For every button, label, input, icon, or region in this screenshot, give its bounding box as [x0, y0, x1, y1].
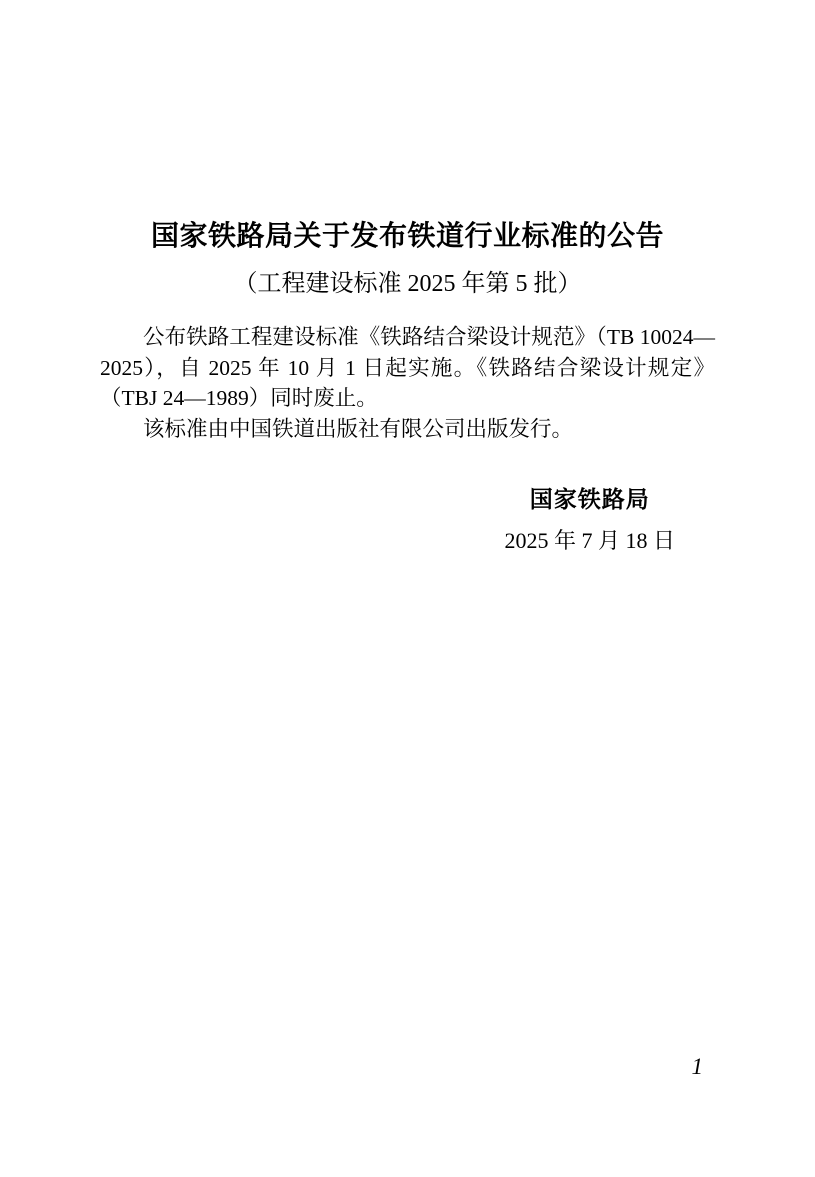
announcement-body: 公布铁路工程建设标准《铁路结合梁设计规范》（TB 10024—2025），自 2… — [0, 322, 815, 444]
page-number: 1 — [692, 1055, 704, 1078]
issue-date: 2025 年 7 月 18 日 — [504, 530, 675, 552]
page-subtitle: （工程建设标准 2025 年第 5 批） — [0, 272, 815, 296]
body-paragraph-2: 该标准由中国铁道出版社有限公司出版发行。 — [100, 414, 715, 445]
signature-block: 国家铁路局 2025 年 7 月 18 日 — [504, 488, 675, 552]
document-page: 国家铁路局关于发布铁道行业标准的公告 （工程建设标准 2025 年第 5 批） … — [0, 0, 815, 1177]
body-paragraph-1: 公布铁路工程建设标准《铁路结合梁设计规范》（TB 10024—2025），自 2… — [100, 322, 715, 414]
page-title: 国家铁路局关于发布铁道行业标准的公告 — [0, 0, 815, 253]
issuing-authority: 国家铁路局 — [504, 488, 675, 511]
